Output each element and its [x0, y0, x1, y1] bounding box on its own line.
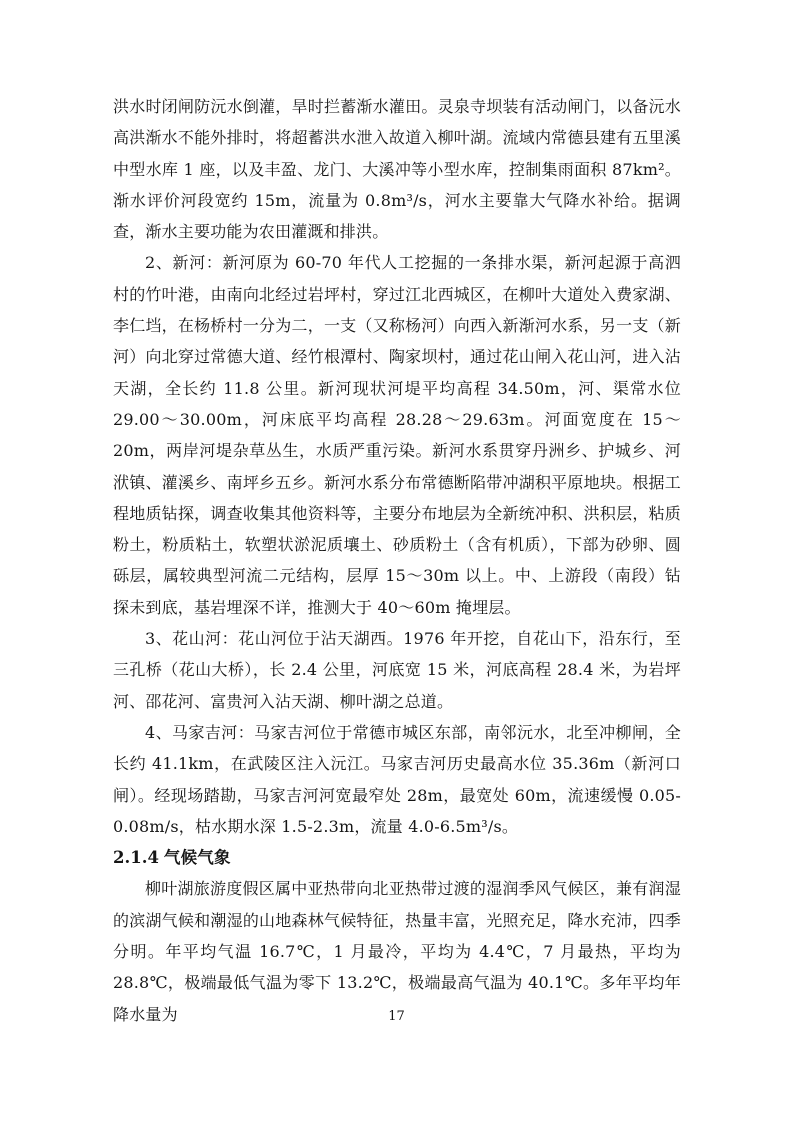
text-block: 洪水时闭闸防沅水倒灌，旱时拦蓄渐水灌田。灵泉寺坝装有活动闸门，以备沅水高洪渐水不… [113, 91, 681, 1030]
paragraph-jianshui-continuation: 洪水时闭闸防沅水倒灌，旱时拦蓄渐水灌田。灵泉寺坝装有活动闸门，以备沅水高洪渐水不… [113, 91, 681, 247]
paragraph-4-majiajihe: 4、马家吉河：马家吉河位于常德市城区东部，南邻沅水，北至冲柳闸，全长约 41.1… [113, 717, 681, 842]
page-footer: 17 [0, 1005, 793, 1025]
document-page: 洪水时闭闸防沅水倒灌，旱时拦蓄渐水灌田。灵泉寺坝装有活动闸门，以备沅水高洪渐水不… [0, 0, 793, 1122]
section-number: 2.1.4 [113, 848, 159, 867]
section-heading-climate: 2.1.4气候气象 [113, 842, 681, 873]
page-number: 17 [388, 1009, 405, 1024]
section-title: 气候气象 [164, 848, 231, 867]
paragraph-3-huashanhe: 3、花山河：花山河位于沾天湖西。1976 年开挖，自花山下，沿东行，至三孔桥（花… [113, 623, 681, 717]
paragraph-2-xinhe: 2、新河：新河原为 60-70 年代人工挖掘的一条排水渠，新河起源于高泗村的竹叶… [113, 247, 681, 623]
